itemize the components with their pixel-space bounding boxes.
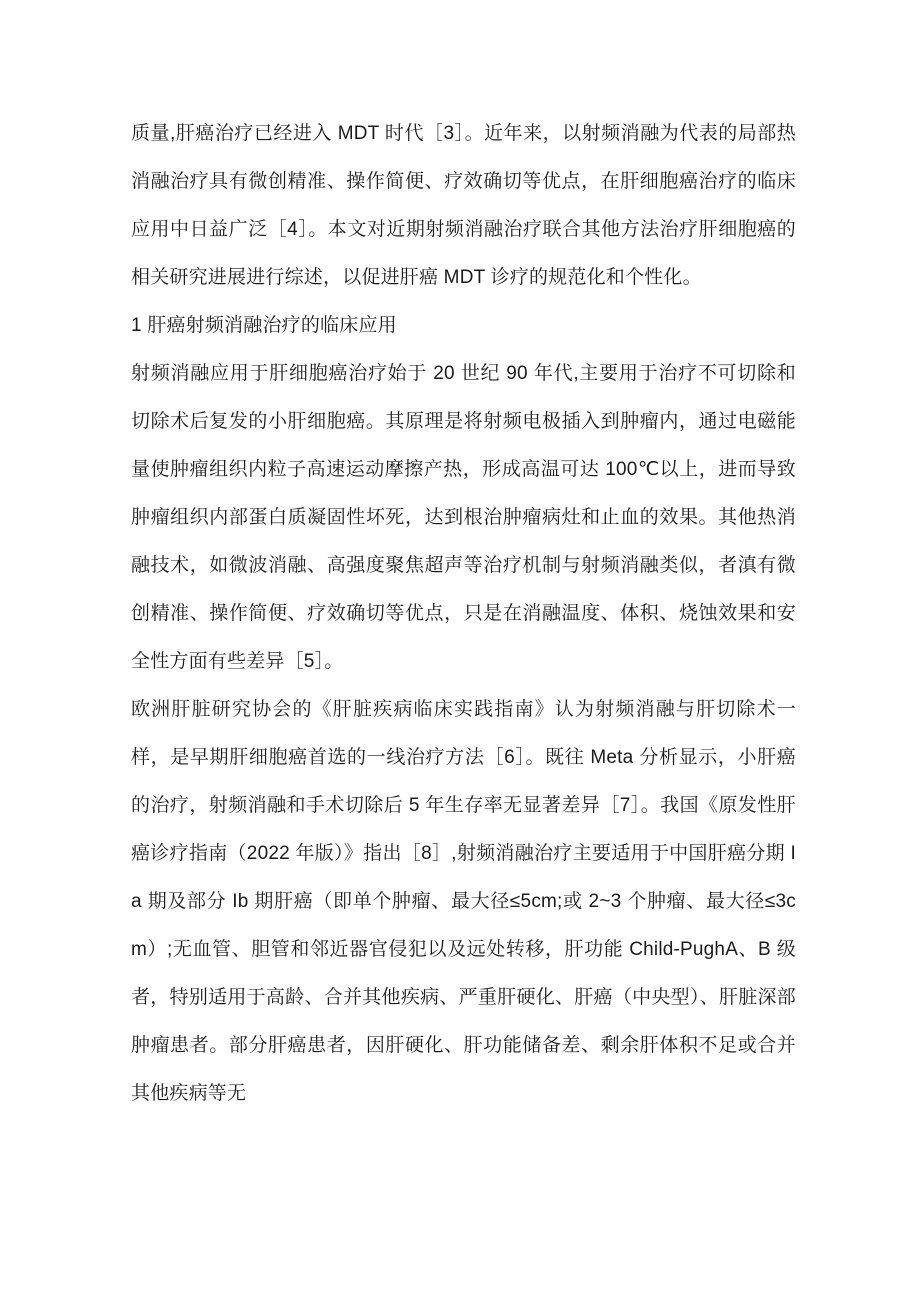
paragraph-guidelines-indications: 欧洲肝脏研究协会的《肝脏疾病临床实践指南》认为射频消融与肝切除术一样，是早期肝细… [131, 686, 796, 1118]
section-heading-1: 1 肝癌射频消融治疗的临床应用 [131, 302, 796, 350]
paragraph-rfa-clinical-application: 射频消融应用于肝细胞癌治疗始于 20 世纪 90 年代,主要用于治疗不可切除和切… [131, 350, 796, 686]
paragraph-intro-continuation: 质量,肝癌治疗已经进入 MDT 时代［3］。近年来，以射频消融为代表的局部热消融… [131, 110, 796, 302]
document-page: 质量,肝癌治疗已经进入 MDT 时代［3］。近年来，以射频消融为代表的局部热消融… [0, 0, 920, 1301]
